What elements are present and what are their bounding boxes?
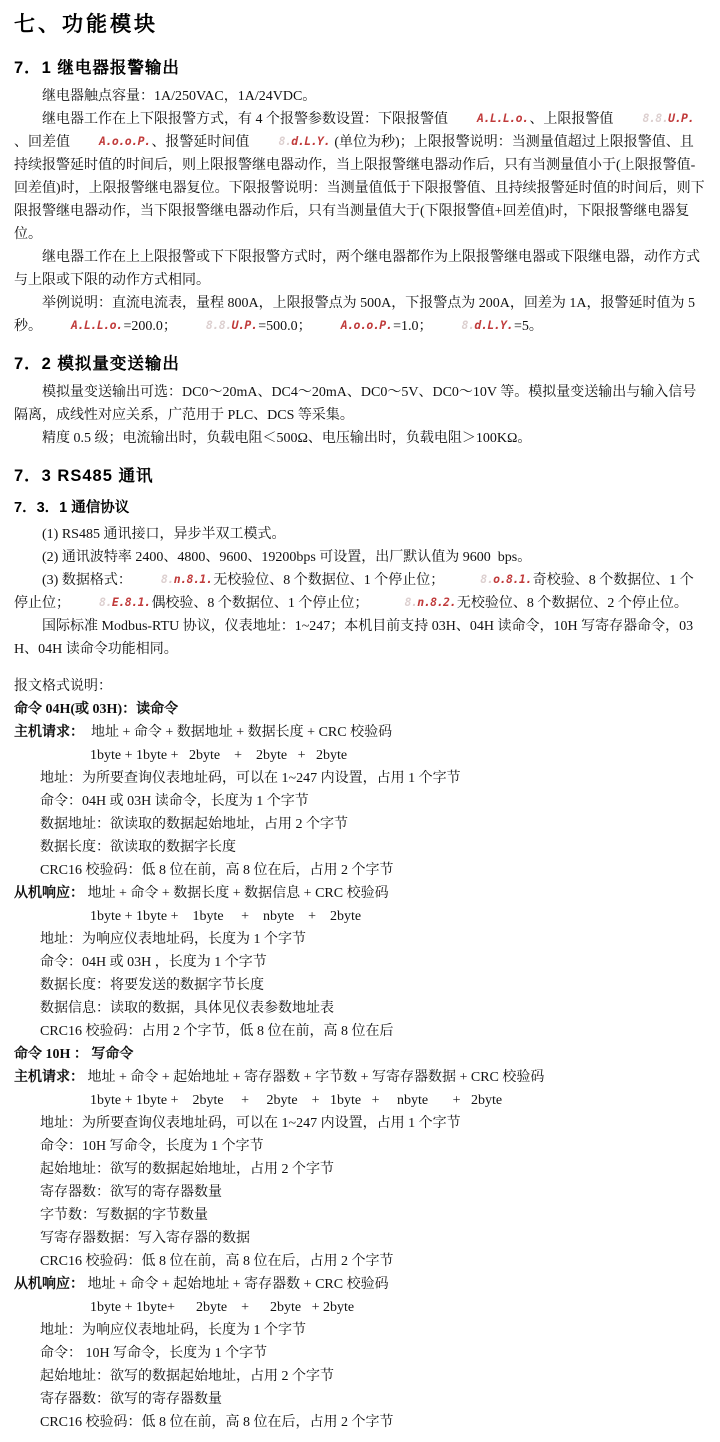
- text-run: 偶校验、8 个数据位、1 个停止位；: [151, 596, 375, 611]
- led-segment-off: 8.: [642, 111, 655, 125]
- document-body: 七、功能模块7．1 继电器报警输出继电器触点容量：1A/250VAC，1A/24…: [14, 8, 706, 1434]
- bold-text-run: 命令 10H ： 写命令: [14, 1047, 133, 1062]
- paragraph-relay-alarm-params: 继电器工作在上下限报警方式，有 4 个报警参数设置：下限报警值A.L.L.o.、…: [14, 108, 706, 246]
- line-write-host-crc: CRC16 校验码：低 8 位在前，高 8 位在后，占用 2 个字节: [40, 1250, 706, 1273]
- line-write-host-address: 地址：为所要查询仪表地址码，可以在 1~247 内设置，占用 1 个字节: [40, 1112, 706, 1135]
- text-run: 地址 + 命令 + 起始地址 + 寄存器数 + CRC 校验码: [84, 1277, 389, 1292]
- text-run: 继电器工作在上下限报警方式，有 4 个报警参数设置：下限报警值: [42, 112, 448, 127]
- led-segment-on: d.: [291, 134, 304, 148]
- text-run: 、上限报警值: [529, 112, 613, 127]
- document-page: 七、功能模块7．1 继电器报警输出继电器触点容量：1A/250VAC，1A/24…: [0, 0, 720, 1442]
- text-run: =5。: [514, 319, 543, 334]
- text-run: 、回差值: [14, 135, 70, 150]
- led-segment-on: o.: [110, 318, 123, 332]
- text-run: 精度 0.5 级；电流输出时，负载电阻＜500Ω、电压输出时，负载电阻＞100K…: [42, 431, 531, 446]
- text-run: 无校验位、8 个数据位、1 个停止位；: [213, 573, 451, 588]
- line-read-host-data-address: 数据地址：欲读取的数据起始地址，占用 2 个字节: [40, 813, 706, 836]
- heading-write-command: 命令 10H ： 写命令: [14, 1043, 706, 1066]
- line-read-slave-address: 地址：为响应仪表地址码，长度为 1 个字节: [40, 928, 706, 951]
- text-run: 数据长度：将要发送的数据字节长度: [40, 978, 264, 993]
- led-segment-on: 1.: [199, 572, 212, 586]
- led-segment-on: E.: [112, 595, 125, 609]
- line-write-host-register-data: 写寄存器数据：写入寄存器的数据: [40, 1227, 706, 1250]
- paragraph-rs485-dataformat: (3) 数据格式：8.n.8.1.无校验位、8 个数据位、1 个停止位； 8.o…: [14, 569, 706, 615]
- led-segment-on: Y.: [500, 318, 513, 332]
- line-read-slave-response: 从机响应： 地址 + 命令 + 数据长度 + 数据信息 + CRC 校验码: [14, 882, 706, 905]
- bold-text-run: 从机响应：: [14, 1277, 84, 1292]
- line-write-slave-response: 从机响应： 地址 + 命令 + 起始地址 + 寄存器数 + CRC 校验码: [14, 1273, 706, 1296]
- line-write-slave-command: 命令： 10H 写命令，长度为 1 个字节: [40, 1342, 706, 1365]
- led-segment-on: P.: [379, 318, 392, 332]
- led-segment-on: A.: [99, 134, 112, 148]
- paragraph-message-format-intro: 报文格式说明：: [14, 675, 706, 698]
- hysteresis-led: A.o.o.P.: [70, 130, 151, 153]
- led-segment-on: Y.: [317, 134, 330, 148]
- text-run: 无校验位、8 个数据位、2 个停止位。: [457, 596, 688, 611]
- paragraph-rs485-baudrate: (2) 通讯波特率 2400、4800、9600、19200bps 可设置，出厂…: [14, 546, 706, 569]
- led-segment-on: n.: [174, 572, 187, 586]
- text-run: 继电器工作在上上限报警或下下限报警方式时，两个继电器都作为上限报警继电器或下限继…: [14, 250, 700, 288]
- text-run: CRC16 校验码：低 8 位在前，高 8 位在后，占用 2 个字节: [40, 1254, 394, 1269]
- line-read-slave-crc: CRC16 校验码：占用 2 个字节，低 8 位在前，高 8 位在后: [40, 1020, 706, 1043]
- alarm-delay-led: 8.d.L.Y.: [433, 314, 514, 337]
- lower-limit-alarm-led: A.L.L.o.: [448, 107, 529, 130]
- document-title: 七、功能模块: [14, 8, 706, 38]
- line-write-host-bytes: 1byte + 1byte + 2byte + 2byte + 1byte + …: [90, 1089, 706, 1112]
- text-run: 报文格式说明：: [14, 679, 112, 694]
- heading-read-command: 命令 04H(或 03H)：读命令: [14, 698, 706, 721]
- text-run: 字节数：写数据的字节数量: [40, 1208, 208, 1223]
- led-segment-on: 8.: [187, 572, 200, 586]
- led-segment-on: o.: [366, 318, 379, 332]
- line-write-slave-crc: CRC16 校验码：低 8 位在前，高 8 位在后，占用 2 个字节: [40, 1411, 706, 1434]
- led-segment-on: U.: [668, 111, 681, 125]
- led-segment-on: A.: [71, 318, 84, 332]
- text-run: =200.0；: [123, 319, 176, 334]
- bold-text-run: 主机请求：: [14, 725, 84, 740]
- text-run: 写寄存器数据：写入寄存器的数据: [40, 1231, 250, 1246]
- text-run: 国际标准 Modbus-RTU 协议，仪表地址：1~247；本机目前支持 03H…: [14, 619, 693, 657]
- text-run: 命令：04H 或 03H ，长度为 1 个字节: [40, 955, 267, 970]
- led-segment-off: 8.: [462, 318, 475, 332]
- led-segment-on: P.: [138, 134, 151, 148]
- text-run: 地址：为响应仪表地址码，长度为 1 个字节: [40, 932, 306, 947]
- led-segment-off: 8.: [655, 111, 668, 125]
- line-read-slave-bytes: 1byte + 1byte + 1byte + nbyte + 2byte: [90, 905, 706, 928]
- bold-text-run: 从机响应：: [14, 886, 84, 901]
- upper-limit-alarm-led: 8.8.U.P.: [177, 314, 258, 337]
- alarm-delay-led: 8.d.L.Y.: [249, 130, 330, 153]
- led-segment-on: 8.: [125, 595, 138, 609]
- led-segment-on: 1.: [138, 595, 151, 609]
- text-run: 地址：为所要查询仪表地址码，可以在 1~247 内设置，占用 1 个字节: [40, 771, 461, 786]
- text-run: CRC16 校验码：低 8 位在前，高 8 位在后，占用 2 个字节: [40, 863, 394, 878]
- format-none-8-2-led: 8.n.8.2.: [375, 591, 456, 614]
- text-run: CRC16 校验码：低 8 位在前，高 8 位在后，占用 2 个字节: [40, 1415, 394, 1430]
- text-run: 命令：10H 写命令，长度为 1 个字节: [40, 1139, 264, 1154]
- led-segment-on: d.: [474, 318, 487, 332]
- led-segment-on: U.: [232, 318, 245, 332]
- paragraph-analog-accuracy: 精度 0.5 级；电流输出时，负载电阻＜500Ω、电压输出时，负载电阻＞100K…: [14, 427, 706, 450]
- led-segment-on: P.: [244, 318, 257, 332]
- text-run: =1.0；: [393, 319, 432, 334]
- text-run: 1byte + 1byte+ 2byte + 2byte + 2byte: [90, 1300, 354, 1315]
- section-heading-7-3: 7．3 RS485 通讯: [14, 462, 706, 486]
- line-write-host-register-count: 寄存器数：欲写的寄存器数量: [40, 1181, 706, 1204]
- led-segment-on: n.: [417, 595, 430, 609]
- led-segment-on: L.: [304, 134, 317, 148]
- led-segment-on: A.: [341, 318, 354, 332]
- text-run: 1byte + 1byte + 2byte + 2byte + 1byte + …: [90, 1093, 502, 1108]
- text-run: (3) 数据格式：: [42, 573, 132, 588]
- led-segment-on: o.: [516, 111, 529, 125]
- led-segment-on: A.: [477, 111, 490, 125]
- paragraph-relay-double-limit: 继电器工作在上上限报警或下下限报警方式时，两个继电器都作为上限报警继电器或下限继…: [14, 246, 706, 292]
- led-segment-off: 8.: [219, 318, 232, 332]
- line-read-host-bytes: 1byte + 1byte + 2byte + 2byte + 2byte: [90, 744, 706, 767]
- bold-text-run: 命令 04H(或 03H)：读命令: [14, 702, 178, 717]
- line-write-host-command: 命令：10H 写命令，长度为 1 个字节: [40, 1135, 706, 1158]
- text-run: 模拟量变送输出可选：DC0～20mA、DC4～20mA、DC0～5V、DC0～1…: [14, 385, 696, 423]
- text-run: 继电器触点容量：1A/250VAC，1A/24VDC。: [42, 89, 316, 104]
- format-even-8-1-led: 8.E.8.1.: [70, 591, 151, 614]
- text-run: 命令：04H 或 03H 读命令，长度为 1 个字节: [40, 794, 309, 809]
- led-segment-on: L.: [503, 111, 516, 125]
- text-run: 1byte + 1byte + 2byte + 2byte + 2byte: [90, 748, 347, 763]
- text-run: 命令： 10H 写命令，长度为 1 个字节: [40, 1346, 267, 1361]
- paragraph-relay-example: 举例说明：直流电流表，量程 800A，上限报警点为 500A，下报警点为 200…: [14, 292, 706, 338]
- section-heading-7-2: 7．2 模拟量变送输出: [14, 350, 706, 374]
- led-segment-on: L.: [487, 318, 500, 332]
- line-read-slave-command: 命令：04H 或 03H ，长度为 1 个字节: [40, 951, 706, 974]
- led-segment-on: P.: [681, 111, 694, 125]
- text-run: 数据地址：欲读取的数据起始地址，占用 2 个字节: [40, 817, 348, 832]
- led-segment-on: L.: [84, 318, 97, 332]
- lower-limit-alarm-led: A.L.L.o.: [42, 314, 123, 337]
- line-write-slave-start-address: 起始地址：欲写的数据起始地址，占用 2 个字节: [40, 1365, 706, 1388]
- text-run: 起始地址：欲写的数据起始地址，占用 2 个字节: [40, 1369, 334, 1384]
- format-odd-8-1-led: 8.o.8.1.: [451, 568, 532, 591]
- text-run: 地址：为响应仪表地址码，长度为 1 个字节: [40, 1323, 306, 1338]
- line-write-host-byte-count: 字节数：写数据的字节数量: [40, 1204, 706, 1227]
- text-run: 地址 + 命令 + 数据地址 + 数据长度 + CRC 校验码: [84, 725, 392, 740]
- line-write-slave-address: 地址：为响应仪表地址码，长度为 1 个字节: [40, 1319, 706, 1342]
- paragraph-modbus-protocol: 国际标准 Modbus-RTU 协议，仪表地址：1~247；本机目前支持 03H…: [14, 615, 706, 661]
- format-none-8-1-led: 8.n.8.1.: [132, 568, 213, 591]
- text-run: 寄存器数：欲写的寄存器数量: [40, 1185, 222, 1200]
- led-segment-on: o.: [493, 572, 506, 586]
- line-write-host-start-address: 起始地址：欲写的数据起始地址，占用 2 个字节: [40, 1158, 706, 1181]
- section-heading-7-3-1: 7．3．1 通信协议: [14, 496, 706, 517]
- text-run: 地址 + 命令 + 起始地址 + 寄存器数 + 字节数 + 写寄存器数据 + C…: [84, 1070, 544, 1085]
- led-segment-on: 8.: [430, 595, 443, 609]
- led-segment-off: 8.: [480, 572, 493, 586]
- led-segment-off: 8.: [404, 595, 417, 609]
- line-read-host-data-length: 数据长度：欲读取的数据字长度: [40, 836, 706, 859]
- text-run: 地址：为所要查询仪表地址码，可以在 1~247 内设置，占用 1 个字节: [40, 1116, 461, 1131]
- line-read-host-request: 主机请求： 地址 + 命令 + 数据地址 + 数据长度 + CRC 校验码: [14, 721, 706, 744]
- hysteresis-led: A.o.o.P.: [312, 314, 393, 337]
- text-run: 数据信息：读取的数据，具体见仪表参数地址表: [40, 1001, 334, 1016]
- line-read-host-address: 地址：为所要查询仪表地址码，可以在 1~247 内设置，占用 1 个字节: [40, 767, 706, 790]
- led-segment-on: L.: [97, 318, 110, 332]
- paragraph-analog-output-options: 模拟量变送输出可选：DC0～20mA、DC4～20mA、DC0～5V、DC0～1…: [14, 381, 706, 427]
- led-segment-on: L.: [490, 111, 503, 125]
- text-run: 起始地址：欲写的数据起始地址，占用 2 个字节: [40, 1162, 334, 1177]
- text-run: CRC16 校验码：占用 2 个字节，低 8 位在前，高 8 位在后: [40, 1024, 394, 1039]
- text-run: (1) RS485 通讯接口，异步半双工模式。: [42, 527, 285, 542]
- led-segment-on: o.: [125, 134, 138, 148]
- text-run: 、报警延时间值: [151, 135, 249, 150]
- upper-limit-alarm-led: 8.8.U.P.: [613, 107, 694, 130]
- line-read-host-command: 命令：04H 或 03H 读命令，长度为 1 个字节: [40, 790, 706, 813]
- line-read-slave-data-info: 数据信息：读取的数据，具体见仪表参数地址表: [40, 997, 706, 1020]
- text-run: =500.0；: [258, 319, 311, 334]
- led-segment-off: 8.: [99, 595, 112, 609]
- section-heading-7-1: 7．1 继电器报警输出: [14, 54, 706, 78]
- led-segment-on: o.: [112, 134, 125, 148]
- paragraph-relay-capacity: 继电器触点容量：1A/250VAC，1A/24VDC。: [14, 85, 706, 108]
- led-segment-on: 8.: [506, 572, 519, 586]
- led-segment-off: 8.: [161, 572, 174, 586]
- led-segment-on: 2.: [443, 595, 456, 609]
- led-segment-off: 8.: [206, 318, 219, 332]
- text-run: (2) 通讯波特率 2400、4800、9600、19200bps 可设置，出厂…: [42, 550, 531, 565]
- text-run: 地址 + 命令 + 数据长度 + 数据信息 + CRC 校验码: [84, 886, 389, 901]
- line-read-host-crc: CRC16 校验码：低 8 位在前，高 8 位在后，占用 2 个字节: [40, 859, 706, 882]
- text-run: 寄存器数：欲写的寄存器数量: [40, 1392, 222, 1407]
- paragraph-rs485-interface: (1) RS485 通讯接口，异步半双工模式。: [14, 523, 706, 546]
- text-run: 数据长度：欲读取的数据字长度: [40, 840, 236, 855]
- line-write-slave-register-count: 寄存器数：欲写的寄存器数量: [40, 1388, 706, 1411]
- led-segment-off: 8.: [278, 134, 291, 148]
- line-write-host-request: 主机请求： 地址 + 命令 + 起始地址 + 寄存器数 + 字节数 + 写寄存器…: [14, 1066, 706, 1089]
- led-segment-on: o.: [354, 318, 367, 332]
- led-segment-on: 1.: [519, 572, 532, 586]
- bold-text-run: 主机请求：: [14, 1070, 84, 1085]
- line-read-slave-data-length: 数据长度：将要发送的数据字节长度: [40, 974, 706, 997]
- line-write-slave-bytes: 1byte + 1byte+ 2byte + 2byte + 2byte: [90, 1296, 706, 1319]
- text-run: 1byte + 1byte + 1byte + nbyte + 2byte: [90, 909, 361, 924]
